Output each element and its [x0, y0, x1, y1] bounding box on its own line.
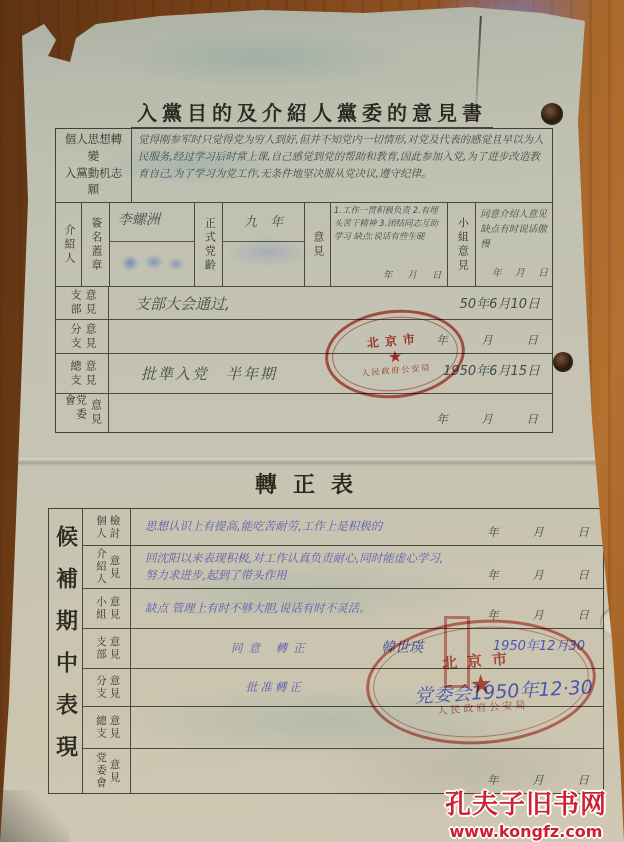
personal-review-text: 思想认识上有提高,能吃苦耐劳,工作上是积极的 — [131, 515, 390, 538]
general2-label-cell: 總支 意見 — [83, 707, 131, 748]
group-opinion-label: 小組意見 — [456, 217, 467, 273]
table-row: 支部 意見 支部大会通过, 50年6月10日 — [56, 287, 552, 320]
introducer-label: 介紹人 — [63, 224, 74, 266]
document-paper: 入黨目的及介紹人黨委的意見書 個人思想轉變 入黨動机志願 觉得刚参军时只觉得党为… — [0, 0, 624, 842]
thought-label-cell: 個人思想轉變 入黨動机志願 — [56, 129, 132, 202]
table-row: 党委會 意見 年 月 日 — [56, 394, 552, 432]
group-opinion-cell: 同意介绍人意见 缺点有时说话傲慢 年 月 日 — [476, 203, 552, 286]
sign-seal-label: 簽名蓋章 — [90, 217, 101, 273]
group2-label-cell: 小組 意見 — [83, 589, 131, 628]
watermark-site-name: 孔夫子旧书网 — [428, 784, 624, 821]
subbranch2-sublabel: 意見 — [108, 675, 119, 700]
form1-table: 個人思想轉變 入黨動机志願 觉得刚参军时只觉得党为穷人到好,但并不知党内一切情形… — [55, 128, 553, 433]
introducer-opinion-text: 1.工作一贯积极负责 2.有埋头苦干精神 3.团结同志互助学习 缺点:说话有些生… — [334, 206, 438, 242]
committee2-text — [131, 768, 153, 774]
general-opinion-text: 批準入党 半年期 — [109, 363, 277, 384]
general-sublabel: 意見 — [84, 360, 95, 388]
cell-divider — [110, 241, 195, 242]
group-opinion-text: 同意介绍人意见 缺点有时说话傲慢 — [480, 209, 547, 250]
branch-content-cell: 支部大会通过, 50年6月10日 — [109, 287, 552, 319]
branch-label: 支部 — [69, 289, 80, 317]
introducer2-date: 年 月 日 — [487, 567, 589, 583]
group-opinion-date: 年 月 日 — [492, 266, 548, 282]
general-label-cell: 總支 意見 — [56, 354, 109, 393]
committee-label-cell: 党委會 意見 — [56, 394, 109, 432]
introducer2-text: 回沈阳以来表现积极,对工作认真负责耐心,同时能虚心学习,努力求进步,起到了带头作… — [131, 547, 461, 588]
subbranch2-text: 批准轉正 — [131, 676, 312, 699]
party-age-label: 正式党齡 — [203, 217, 214, 273]
table-row: 個人 檢討 思想认识上有提高,能吃苦耐劳,工作上是积极的 年 月 日 — [83, 509, 603, 546]
fold-crease — [0, 458, 624, 466]
blue-seal-smudge — [116, 249, 188, 277]
table-row: 總支 意見 批準入党 半年期 1950年6月15日 — [56, 354, 552, 394]
cell-divider — [223, 241, 304, 242]
branch-opinion-text: 支部大会通过, — [109, 293, 230, 314]
personal-review-date: 年 月 日 — [487, 524, 589, 540]
thought-label-line1: 個人思想轉變 — [62, 132, 126, 165]
subbranch-label: 分支 — [69, 323, 80, 351]
form1-title: 入黨目的及介紹人黨委的意見書 — [0, 97, 624, 126]
introducer2-cell: 回沈阳以来表现积极,对工作认真负责耐心,同时能虚心学习,努力求进步,起到了带头作… — [131, 546, 603, 588]
kongfz-watermark: 孔夫子旧书网 www.kongfz.com — [428, 784, 624, 841]
personal-review-label-cell: 個人 檢討 — [83, 509, 131, 545]
committee-date: 年 月 日 — [436, 411, 538, 427]
watermark-site-url: www.kongfz.com — [428, 822, 624, 841]
punch-hole — [553, 352, 573, 372]
introducer-opinion-cell: 1.工作一贯积极负责 2.有埋头苦干精神 3.团结同志互助学习 缺点:说话有些生… — [331, 203, 449, 286]
group2-sublabel: 意見 — [108, 596, 119, 621]
subbranch2-label: 分支 — [95, 675, 106, 700]
group2-cell: 缺点 管理上有时不够大胆,说话有时不灵活。 年 月 日 — [131, 589, 603, 628]
opinion-label-cell: 意見 — [305, 203, 331, 286]
general2-sublabel: 意見 — [108, 715, 119, 740]
star-icon: ★ — [469, 670, 494, 700]
star-icon: ★ — [387, 348, 403, 365]
form1-title-text: 入黨目的及介紹人黨委的意見書 — [131, 103, 493, 128]
group2-label: 小組 — [95, 596, 106, 621]
branch2-label: 支部 — [95, 636, 106, 661]
seal-city-text: 北京市 — [441, 647, 517, 673]
seal-city-text: 北京市 — [366, 330, 421, 352]
general2-text — [131, 725, 153, 731]
introducer-label-cell: 介紹人 — [56, 203, 82, 286]
thought-content: 觉得刚参军时只觉得党为穷人到好,但并不知党内一切情形,对党及代表的感觉且早以为人… — [132, 129, 552, 202]
table-row: 分支 意見 年 月 日 — [56, 320, 552, 354]
introducer2-label: 介紹人 — [95, 548, 106, 586]
subbranch-label-cell: 分支 意見 — [56, 320, 109, 353]
subbranch-sublabel: 意見 — [84, 323, 95, 351]
seal-agency-text: 人民政府公安局 — [437, 696, 529, 717]
party-age-value: 九 年 — [223, 203, 304, 230]
party-age-cell: 九 年 — [223, 203, 305, 286]
committee-content-cell: 年 月 日 — [109, 394, 552, 432]
branch-date: 50年6月10日 — [460, 293, 540, 312]
table-row: 介紹人 簽名蓋章 李螺洲 正式党齡 九 年 意見 — [56, 203, 552, 287]
group-opinion-label-cell: 小組意見 — [448, 203, 476, 286]
introducer2-sublabel: 意見 — [108, 555, 119, 580]
subbranch2-label-cell: 分支 意見 — [83, 669, 131, 706]
introducer-name-cell: 李螺洲 — [110, 203, 196, 286]
general2-label: 總支 — [95, 715, 106, 740]
table-row: 個人思想轉變 入黨動机志願 觉得刚参军时只觉得党为穷人到好,但并不知党内一切情形… — [56, 129, 552, 203]
probation-side-label: 候補期中表現 — [55, 525, 77, 777]
committee2-sublabel: 意見 — [108, 759, 119, 784]
committee-sublabel: 意見 — [90, 399, 101, 427]
group2-text: 缺点 管理上有时不够大胆,说话有时不灵活。 — [131, 597, 379, 620]
committee2-label: 党委會 — [95, 752, 106, 790]
opinion-label: 意見 — [312, 231, 323, 259]
introducer2-label-cell: 介紹人 意見 — [83, 546, 131, 588]
branch2-label-cell: 支部 意見 — [83, 629, 131, 668]
personal-label: 個人 — [95, 515, 106, 540]
probation-side-label-cell: 候補期中表現 — [49, 509, 83, 793]
seal-agency-text: 人民政府公安局 — [361, 362, 432, 379]
personal-review-cell: 思想认识上有提高,能吃苦耐劳,工作上是积极的 年 月 日 — [131, 509, 603, 545]
personal-sublabel: 檢討 — [108, 515, 119, 540]
corner-shadow — [0, 790, 70, 842]
sign-seal-label-cell: 簽名蓋章 — [82, 203, 110, 286]
branch2-text: 同意 轉正 — [131, 637, 319, 660]
punch-hole — [541, 103, 563, 125]
general-label: 總支 — [69, 360, 80, 388]
table-row: 介紹人 意見 回沈阳以来表现积极,对工作认真负责耐心,同时能虚心学习,努力求进步… — [83, 546, 603, 589]
party-age-label-cell: 正式党齡 — [195, 203, 223, 286]
photo-scene: 入黨目的及介紹人黨委的意見書 個人思想轉變 入黨動机志願 觉得刚参军时只觉得党为… — [0, 0, 624, 842]
committee-label: 党委會 — [64, 394, 86, 432]
introducer-name: 李螺洲 — [110, 203, 195, 229]
thought-label-line2: 入黨動机志願 — [62, 166, 126, 199]
opinion-date: 年 月 日 — [383, 269, 442, 283]
branch2-sublabel: 意見 — [108, 636, 119, 661]
committee2-label-cell: 党委會 意見 — [83, 749, 131, 793]
branch-sublabel: 意見 — [84, 289, 95, 317]
branch-label-cell: 支部 意見 — [56, 287, 109, 319]
form2-title: 轉正表 — [0, 468, 624, 499]
